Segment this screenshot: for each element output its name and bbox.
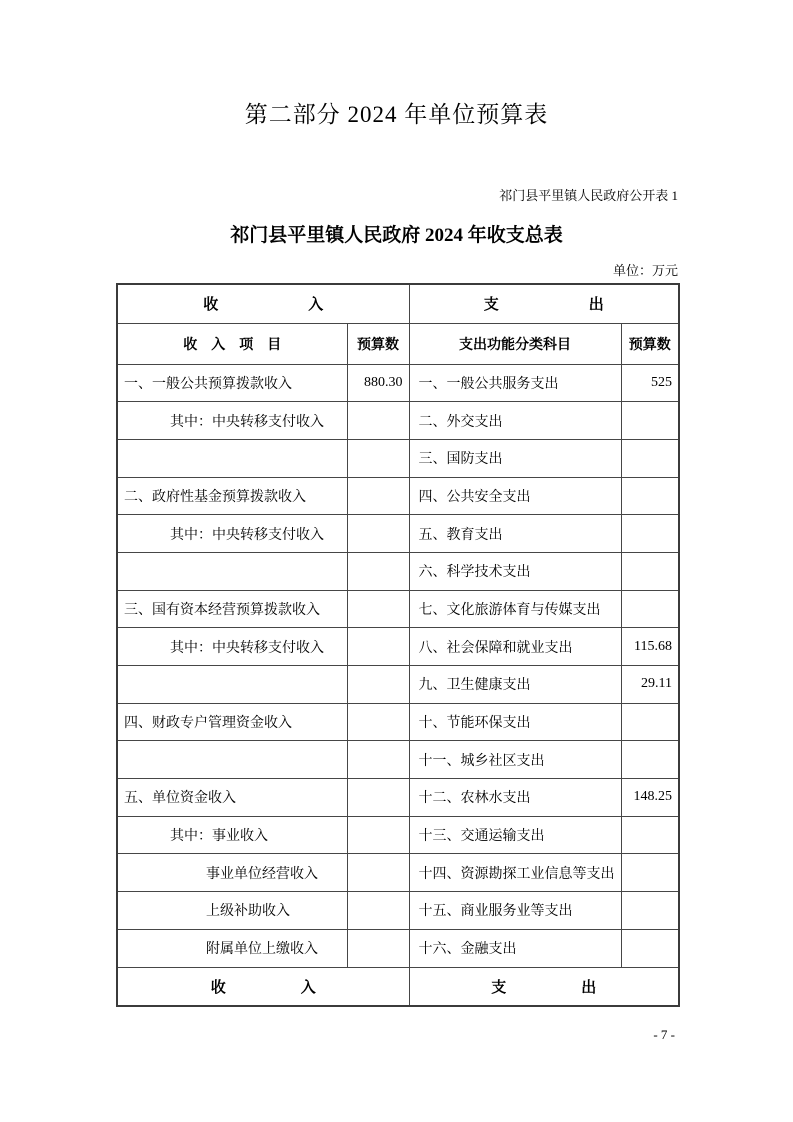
table-row: 四、财政专户管理资金收入 十、节能环保支出 [117, 703, 679, 741]
expense-item-cell: 十、节能环保支出 [409, 703, 621, 741]
expense-value-cell: 148.25 [621, 779, 679, 817]
table-row: 三、国有资本经营预算拨款收入 七、文化旅游体育与传媒支出 [117, 590, 679, 628]
table-row: 六、科学技术支出 [117, 552, 679, 590]
income-item-cell: 其中：中央转移支付收入 [117, 402, 347, 440]
income-value-cell [347, 892, 409, 930]
expense-value-cell [621, 590, 679, 628]
section-footer-row: 收 入 支 出 [117, 967, 679, 1006]
income-value-cell [347, 477, 409, 515]
income-value-cell [347, 741, 409, 779]
income-item-cell: 上级补助收入 [117, 892, 347, 930]
expense-value-cell [621, 703, 679, 741]
table-row: 上级补助收入 十五、商业服务业等支出 [117, 892, 679, 930]
table-row: 九、卫生健康支出 29.11 [117, 666, 679, 704]
income-value-cell [347, 515, 409, 553]
income-item-cell [117, 439, 347, 477]
income-budget-column-header: 预算数 [347, 323, 409, 364]
income-item-cell: 事业单位经营收入 [117, 854, 347, 892]
income-value-cell [347, 854, 409, 892]
income-value-cell [347, 439, 409, 477]
expense-item-cell: 五、教育支出 [409, 515, 621, 553]
income-item-cell: 其中：事业收入 [117, 816, 347, 854]
expense-item-cell: 十二、农林水支出 [409, 779, 621, 817]
expense-item-cell: 八、社会保障和就业支出 [409, 628, 621, 666]
expense-section-header: 支 出 [409, 284, 679, 323]
income-value-cell [347, 779, 409, 817]
income-item-column-header: 收 入 项 目 [117, 323, 347, 364]
table-row: 三、国防支出 [117, 439, 679, 477]
expense-item-cell: 一、一般公共服务支出 [409, 364, 621, 402]
income-value-cell [347, 628, 409, 666]
income-value-cell [347, 590, 409, 628]
expense-value-cell [621, 552, 679, 590]
table-row: 其中：事业收入 十三、交通运输支出 [117, 816, 679, 854]
expense-value-cell [621, 816, 679, 854]
table-row: 事业单位经营收入 十四、资源勘探工业信息等支出 [117, 854, 679, 892]
expense-value-cell [621, 402, 679, 440]
expense-value-cell [621, 439, 679, 477]
expense-value-cell [621, 515, 679, 553]
income-value-cell [347, 552, 409, 590]
doc-label: 祁门县平里镇人民政府公开表 1 [499, 185, 678, 204]
income-value-cell [347, 816, 409, 854]
income-value-cell [347, 929, 409, 967]
income-value-cell [347, 666, 409, 704]
document-page: 第二部分 2024 年单位预算表 祁门县平里镇人民政府公开表 1 祁门县平里镇人… [0, 0, 793, 1122]
expense-value-cell [621, 854, 679, 892]
income-item-cell: 三、国有资本经营预算拨款收入 [117, 590, 347, 628]
expense-item-cell: 十四、资源勘探工业信息等支出 [409, 854, 621, 892]
expense-value-cell [621, 741, 679, 779]
income-value-cell [347, 402, 409, 440]
expense-item-cell: 六、科学技术支出 [409, 552, 621, 590]
expense-item-cell: 七、文化旅游体育与传媒支出 [409, 590, 621, 628]
expense-value-cell [621, 929, 679, 967]
expense-item-cell: 四、公共安全支出 [409, 477, 621, 515]
expense-item-cell: 十六、金融支出 [409, 929, 621, 967]
table-row: 五、单位资金收入 十二、农林水支出 148.25 [117, 779, 679, 817]
income-item-cell [117, 666, 347, 704]
income-item-cell: 四、财政专户管理资金收入 [117, 703, 347, 741]
income-item-cell: 一、一般公共预算拨款收入 [117, 364, 347, 402]
table-row: 二、政府性基金预算拨款收入 四、公共安全支出 [117, 477, 679, 515]
column-header-row: 收 入 项 目 预算数 支出功能分类科目 预算数 [117, 323, 679, 364]
table-row: 其中：中央转移支付收入 八、社会保障和就业支出 115.68 [117, 628, 679, 666]
expense-item-column-header: 支出功能分类科目 [409, 323, 621, 364]
expense-value-cell [621, 892, 679, 930]
table-row: 一、一般公共预算拨款收入 880.30 一、一般公共服务支出 525 [117, 364, 679, 402]
expense-item-cell: 十三、交通运输支出 [409, 816, 621, 854]
table-title: 祁门县平里镇人民政府 2024 年收支总表 [0, 220, 793, 247]
income-item-cell [117, 552, 347, 590]
table-row: 附属单位上缴收入 十六、金融支出 [117, 929, 679, 967]
page-number: - 7 - [653, 1027, 675, 1043]
expense-item-cell: 三、国防支出 [409, 439, 621, 477]
income-section-footer: 收 入 [117, 967, 409, 1006]
income-value-cell [347, 703, 409, 741]
budget-table: 收 入 支 出 收 入 项 目 预算数 支出功能分类科目 预算数 一、一般公共预… [116, 283, 680, 1007]
table-row: 其中：中央转移支付收入 五、教育支出 [117, 515, 679, 553]
section-header-row: 收 入 支 出 [117, 284, 679, 323]
expense-section-footer: 支 出 [409, 967, 679, 1006]
expense-item-cell: 十五、商业服务业等支出 [409, 892, 621, 930]
expense-budget-column-header: 预算数 [621, 323, 679, 364]
expense-value-cell [621, 477, 679, 515]
income-item-cell: 其中：中央转移支付收入 [117, 515, 347, 553]
income-item-cell: 五、单位资金收入 [117, 779, 347, 817]
main-title: 第二部分 2024 年单位预算表 [0, 96, 793, 129]
unit-note: 单位：万元 [613, 260, 678, 279]
expense-item-cell: 二、外交支出 [409, 402, 621, 440]
expense-value-cell: 29.11 [621, 666, 679, 704]
income-item-cell: 附属单位上缴收入 [117, 929, 347, 967]
table-row: 十一、城乡社区支出 [117, 741, 679, 779]
expense-item-cell: 九、卫生健康支出 [409, 666, 621, 704]
income-section-header: 收 入 [117, 284, 409, 323]
expense-value-cell: 115.68 [621, 628, 679, 666]
income-item-cell: 二、政府性基金预算拨款收入 [117, 477, 347, 515]
income-item-cell [117, 741, 347, 779]
table-row: 其中：中央转移支付收入 二、外交支出 [117, 402, 679, 440]
expense-value-cell: 525 [621, 364, 679, 402]
income-item-cell: 其中：中央转移支付收入 [117, 628, 347, 666]
expense-item-cell: 十一、城乡社区支出 [409, 741, 621, 779]
income-value-cell: 880.30 [347, 364, 409, 402]
